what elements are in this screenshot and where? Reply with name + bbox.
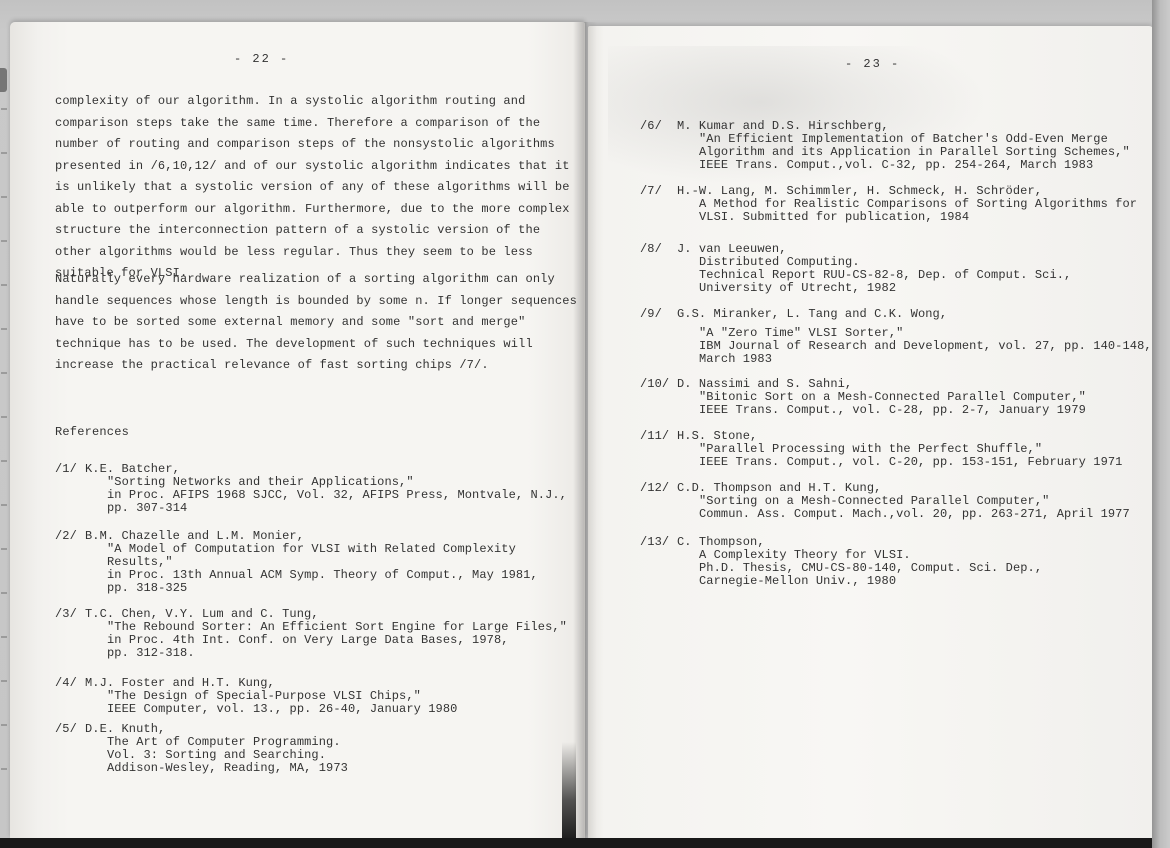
bottom-scan-bar — [0, 838, 1170, 848]
reference-line: G.S. Miranker, L. Tang and C.K. Wong, — [677, 308, 1152, 321]
reference-line: pp. 318-325 — [85, 582, 538, 595]
reference-body: C.D. Thompson and H.T. Kung,"Sorting on … — [677, 482, 1130, 521]
reference-body: T.C. Chen, V.Y. Lum and C. Tung,"The Reb… — [85, 608, 567, 660]
reference-label: /4/ — [55, 677, 85, 716]
reference-label: /11/ — [640, 430, 677, 469]
binding-tick — [1, 328, 7, 330]
reference-label: /8/ — [640, 243, 677, 295]
reference: /9/G.S. Miranker, L. Tang and C.K. Wong,… — [640, 308, 1152, 366]
reference-label: /13/ — [640, 536, 677, 588]
right-references: /6/M. Kumar and D.S. Hirschberg,"An Effi… — [588, 26, 1154, 838]
reference: /12/C.D. Thompson and H.T. Kung,"Sorting… — [640, 482, 1130, 521]
reference-body: M.J. Foster and H.T. Kung,"The Design of… — [85, 677, 457, 716]
reference-body: H.S. Stone,"Parallel Processing with the… — [677, 430, 1122, 469]
reference-line: IEEE Trans. Comput., vol. C-20, pp. 153-… — [677, 456, 1122, 469]
reference-line: IEEE Trans. Comput.,vol. C-32, pp. 254-2… — [677, 159, 1130, 172]
right-page: - 23 - /6/M. Kumar and D.S. Hirschberg,"… — [588, 26, 1154, 838]
reference: /2/B.M. Chazelle and L.M. Monier,"A Mode… — [55, 530, 538, 595]
binding-tick — [1, 196, 7, 198]
reference-line: March 1983 — [677, 353, 1152, 366]
binding-tick — [1, 284, 7, 286]
reference: /10/D. Nassimi and S. Sahni,"Bitonic Sor… — [640, 378, 1086, 417]
binding-tick — [1, 592, 7, 594]
reference-label: /6/ — [640, 120, 677, 172]
reference-body: C. Thompson,A Complexity Theory for VLSI… — [677, 536, 1042, 588]
reference-line: IEEE Computer, vol. 13., pp. 26-40, Janu… — [85, 703, 457, 716]
binding-tick — [1, 372, 7, 374]
reference-label: /10/ — [640, 378, 677, 417]
reference-line: IEEE Trans. Comput., vol. C-28, pp. 2-7,… — [677, 404, 1086, 417]
reference-label: /9/ — [640, 308, 677, 366]
reference: /7/H.-W. Lang, M. Schimmler, H. Schmeck,… — [640, 185, 1137, 224]
reference-line: Addison-Wesley, Reading, MA, 1973 — [85, 762, 348, 775]
binding-tick — [1, 636, 7, 638]
binding-tick — [1, 240, 7, 242]
reference-body: H.-W. Lang, M. Schimmler, H. Schmeck, H.… — [677, 185, 1137, 224]
left-references: /1/K.E. Batcher,"Sorting Networks and th… — [10, 22, 585, 838]
reference: /13/C. Thompson,A Complexity Theory for … — [640, 536, 1042, 588]
reference-body: K.E. Batcher,"Sorting Networks and their… — [85, 463, 567, 515]
reference-body: D.E. Knuth,The Art of Computer Programmi… — [85, 723, 348, 775]
binding-tick — [1, 152, 7, 154]
binding-tick — [1, 724, 7, 726]
reference: /6/M. Kumar and D.S. Hirschberg,"An Effi… — [640, 120, 1130, 172]
reference-body: M. Kumar and D.S. Hirschberg,"An Efficie… — [677, 120, 1130, 172]
reference-label: /12/ — [640, 482, 677, 521]
reference: /5/D.E. Knuth,The Art of Computer Progra… — [55, 723, 348, 775]
reference-body: G.S. Miranker, L. Tang and C.K. Wong,"A … — [677, 308, 1152, 366]
reference-body: D. Nassimi and S. Sahni,"Bitonic Sort on… — [677, 378, 1086, 417]
binding-corner-mark — [0, 68, 7, 92]
reference-label: /5/ — [55, 723, 85, 775]
reference-line: Carnegie-Mellon Univ., 1980 — [677, 575, 1042, 588]
reference-label: /2/ — [55, 530, 85, 595]
reference: /3/T.C. Chen, V.Y. Lum and C. Tung,"The … — [55, 608, 567, 660]
binding-tick — [1, 460, 7, 462]
reference-line: VLSI. Submitted for publication, 1984 — [677, 211, 1137, 224]
binding-tick — [1, 504, 7, 506]
book-spine-shadow — [573, 22, 597, 838]
scanned-book-spread: - 22 - complexity of our algorithm. In a… — [0, 0, 1170, 848]
reference: /11/H.S. Stone,"Parallel Processing with… — [640, 430, 1122, 469]
reference-line: Commun. Ass. Comput. Mach.,vol. 20, pp. … — [677, 508, 1130, 521]
page-edge-shadow — [1152, 0, 1170, 848]
reference-line: University of Utrecht, 1982 — [677, 282, 1071, 295]
reference: /1/K.E. Batcher,"Sorting Networks and th… — [55, 463, 567, 515]
binding-tick — [1, 548, 7, 550]
reference-label: /7/ — [640, 185, 677, 224]
reference-body: B.M. Chazelle and L.M. Monier,"A Model o… — [85, 530, 538, 595]
reference-label: /3/ — [55, 608, 85, 660]
binding-tick — [1, 680, 7, 682]
reference-line: pp. 312-318. — [85, 647, 567, 660]
binding-tick — [1, 108, 7, 110]
reference-label: /1/ — [55, 463, 85, 515]
reference-line: pp. 307-314 — [85, 502, 567, 515]
reference: /8/J. van Leeuwen,Distributed Computing.… — [640, 243, 1071, 295]
spine-bottom-crease — [562, 742, 576, 848]
reference: /4/M.J. Foster and H.T. Kung,"The Design… — [55, 677, 457, 716]
reference-body: J. van Leeuwen,Distributed Computing.Tec… — [677, 243, 1071, 295]
binding-tick — [1, 416, 7, 418]
binding-tick — [1, 768, 7, 770]
left-page: - 22 - complexity of our algorithm. In a… — [10, 22, 585, 838]
